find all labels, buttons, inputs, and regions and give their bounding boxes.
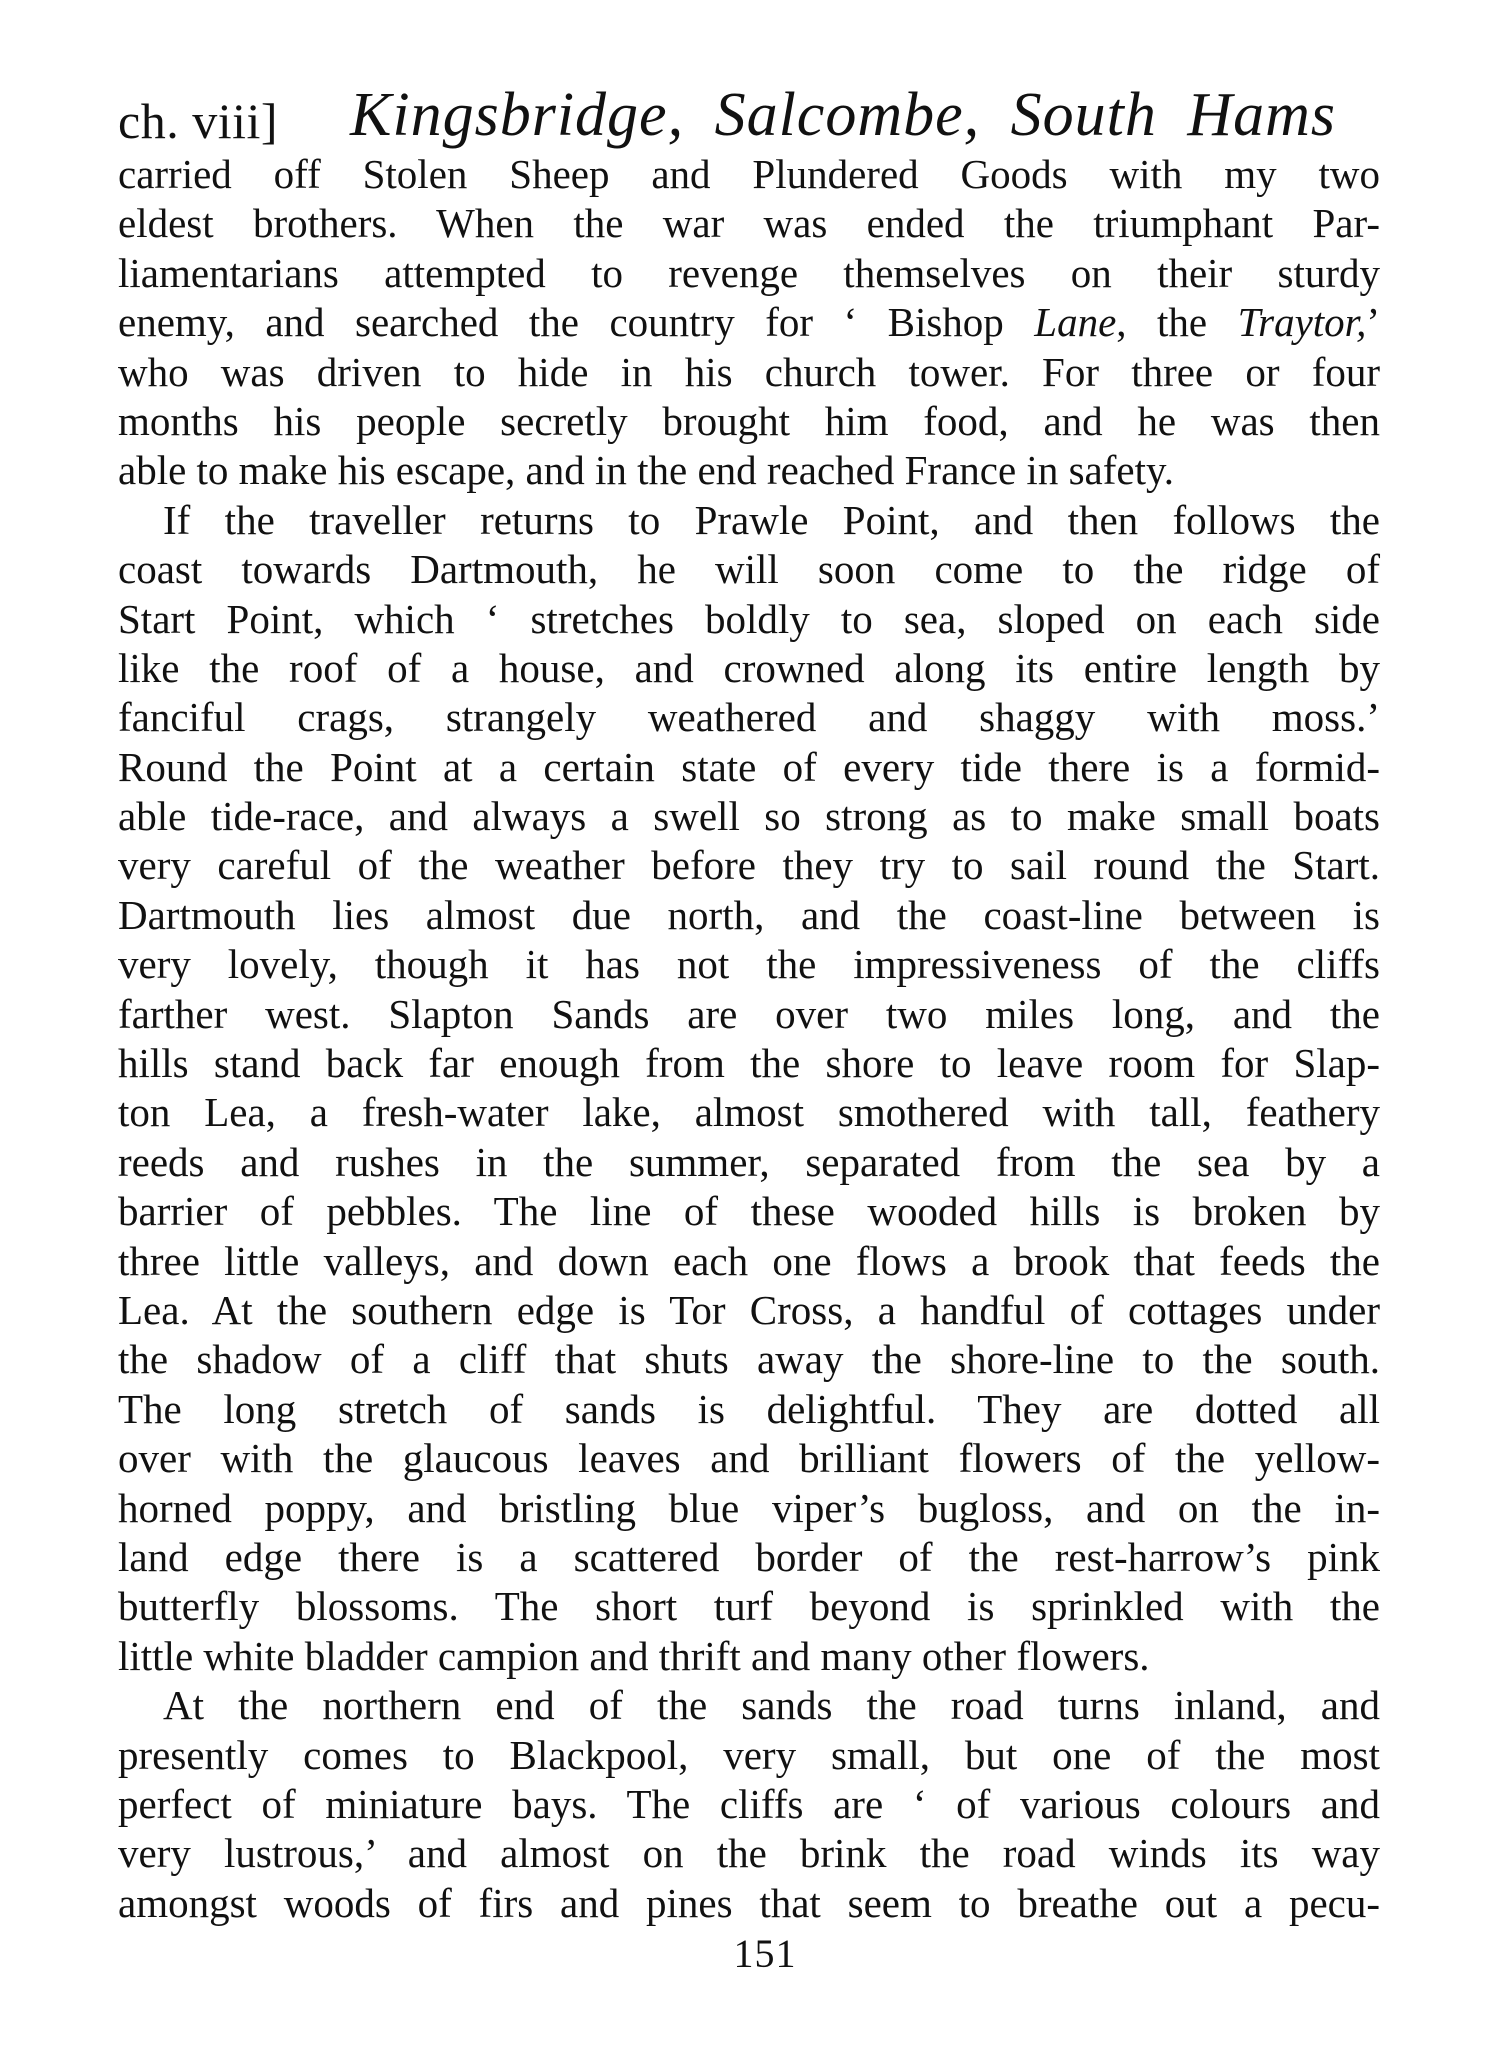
text-line: Dartmouth lies almost due north, and the…: [118, 891, 1380, 940]
text-line: able to make his escape, and in the end …: [118, 446, 1380, 495]
text-line: The long stretch of sands is delightful.…: [118, 1385, 1380, 1434]
text-line: enemy, and searched the country for ‘ Bi…: [118, 298, 1380, 347]
paragraph: At the northern end of the sands the roa…: [118, 1681, 1380, 1928]
page-number: 151: [0, 1930, 1506, 1977]
paragraph: If the traveller returns to Prawle Point…: [118, 496, 1380, 1681]
text-line: presently comes to Blackpool, very small…: [118, 1731, 1380, 1780]
text-line: Round the Point at a certain state of ev…: [118, 743, 1380, 792]
text-line: very careful of the weather before they …: [118, 841, 1380, 890]
text-line: If the traveller returns to Prawle Point…: [118, 496, 1380, 545]
text-line: butterfly blossoms. The short turf beyon…: [118, 1582, 1380, 1631]
text-line: Start Point, which ‘ stretches boldly to…: [118, 595, 1380, 644]
text-line: three little valleys, and down each one …: [118, 1237, 1380, 1286]
text-line: like the roof of a house, and crowned al…: [118, 644, 1380, 693]
text-line: months his people secretly brought him f…: [118, 397, 1380, 446]
text-line: who was driven to hide in his church tow…: [118, 348, 1380, 397]
body-text: carried off Stolen Sheep and Plundered G…: [118, 150, 1380, 1928]
text-line: farther west. Slapton Sands are over two…: [118, 990, 1380, 1039]
text-line: ton Lea, a fresh-water lake, almost smot…: [118, 1088, 1380, 1137]
text-line: over with the glaucous leaves and brilli…: [118, 1434, 1380, 1483]
text-line: reeds and rushes in the summer, separate…: [118, 1138, 1380, 1187]
running-head: ch. viii] Kingsbridge, Salcombe, South H…: [118, 80, 1358, 144]
text-line: the shadow of a cliff that shuts away th…: [118, 1335, 1380, 1384]
text-line: hills stand back far enough from the sho…: [118, 1039, 1380, 1088]
book-page: ch. viii] Kingsbridge, Salcombe, South H…: [0, 0, 1506, 2069]
text-line: At the northern end of the sands the roa…: [118, 1681, 1380, 1730]
text-line: fanciful crags, strangely weathered and …: [118, 693, 1380, 742]
running-title: Kingsbridge, Salcombe, South Hams: [350, 80, 1336, 151]
text-line: able tide-race, and always a swell so st…: [118, 792, 1380, 841]
text-line: horned poppy, and bristling blue viper’s…: [118, 1484, 1380, 1533]
text-line: eldest brothers. When the war was ended …: [118, 199, 1380, 248]
text-line: barrier of pebbles. The line of these wo…: [118, 1187, 1380, 1236]
text-line: land edge there is a scattered border of…: [118, 1533, 1380, 1582]
text-line: very lustrous,’ and almost on the brink …: [118, 1829, 1380, 1878]
text-line: perfect of miniature bays. The cliffs ar…: [118, 1780, 1380, 1829]
text-line: very lovely, though it has not the impre…: [118, 940, 1380, 989]
text-line: carried off Stolen Sheep and Plundered G…: [118, 150, 1380, 199]
italic-text: Lane: [1034, 299, 1116, 345]
text-line: coast towards Dartmouth, he will soon co…: [118, 545, 1380, 594]
text-line: little white bladder campion and thrift …: [118, 1632, 1380, 1681]
chapter-reference: ch. viii]: [118, 92, 278, 150]
italic-text: Traytor,: [1238, 299, 1367, 345]
text-line: Lea. At the southern edge is Tor Cross, …: [118, 1286, 1380, 1335]
text-line: liamentarians attempted to revenge thems…: [118, 249, 1380, 298]
paragraph: carried off Stolen Sheep and Plundered G…: [118, 150, 1380, 496]
text-line: amongst woods of firs and pines that see…: [118, 1879, 1380, 1928]
